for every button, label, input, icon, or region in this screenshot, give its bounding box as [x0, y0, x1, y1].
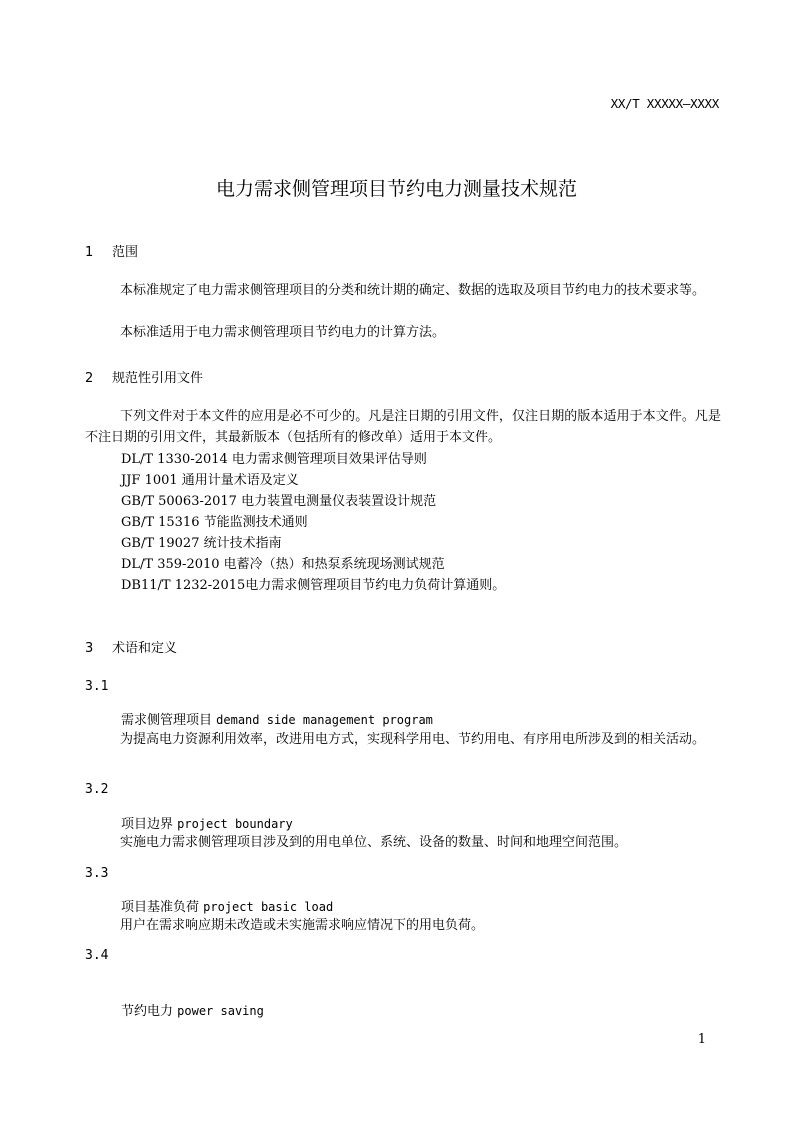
- section-number: 3: [85, 641, 112, 656]
- page-title: 电力需求侧管理项目节约电力测量技术规范: [0, 174, 793, 201]
- paragraph: 本标准适用于电力需求侧管理项目节约电力的计算方法。: [85, 322, 721, 343]
- term-heading: 需求侧管理项目 demand side management program: [121, 709, 433, 728]
- section-title: 术语和定义: [112, 641, 177, 656]
- term-en: project basic load: [203, 900, 333, 914]
- section-heading-terms: 3术语和定义: [85, 637, 177, 656]
- term-zh: 节约电力: [121, 1004, 173, 1019]
- section-heading-normative-references: 2规范性引用文件: [85, 367, 203, 386]
- term-en: demand side management program: [216, 713, 433, 727]
- reference-item: GB/T 15316 节能监测技术通则: [121, 511, 308, 530]
- document-code: XX/T XXXXX—XXXX: [611, 96, 719, 111]
- paragraph: 本标准规定了电力需求侧管理项目的分类和统计期的确定、数据的选取及项目节约电力的技…: [85, 280, 721, 301]
- term-en: power saving: [177, 1004, 264, 1018]
- term-heading: 项目边界 project boundary: [121, 813, 293, 832]
- term-en: project boundary: [177, 817, 293, 831]
- page-number: 1: [698, 1032, 706, 1047]
- term-number: 3.2: [85, 782, 108, 797]
- term-number: 3.4: [85, 948, 108, 963]
- section-title: 范围: [112, 245, 138, 260]
- term-definition: 实施电力需求侧管理项目涉及到的用电单位、系统、设备的数量、时间和地理空间范围。: [85, 832, 721, 853]
- reference-item: GB/T 50063-2017 电力装置电测量仪表装置设计规范: [121, 490, 436, 509]
- term-heading: 项目基准负荷 project basic load: [121, 896, 333, 915]
- section-number: 2: [85, 371, 112, 386]
- section-number: 1: [85, 245, 112, 260]
- reference-item: DL/T 1330-2014 电力需求侧管理项目效果评估导则: [121, 448, 427, 467]
- term-zh: 需求侧管理项目: [121, 713, 212, 728]
- term-number: 3.1: [85, 679, 108, 694]
- section-heading-scope: 1范围: [85, 241, 138, 260]
- term-heading: 节约电力 power saving: [121, 1000, 264, 1019]
- term-number: 3.3: [85, 866, 108, 881]
- reference-item: JJF 1001 通用计量术语及定义: [121, 469, 299, 488]
- term-definition: 用户在需求响应期未改造或未实施需求响应情况下的用电负荷。: [85, 915, 721, 936]
- reference-item: DB11/T 1232-2015电力需求侧管理项目节约电力负荷计算通则。: [121, 574, 505, 593]
- reference-item: DL/T 359-2010 电蓄冷（热）和热泵系统现场测试规范: [121, 553, 445, 572]
- section-title: 规范性引用文件: [112, 371, 203, 386]
- reference-item: GB/T 19027 统计技术指南: [121, 532, 282, 551]
- paragraph: 下列文件对于本文件的应用是必不可少的。凡是注日期的引用文件，仅注日期的版本适用于…: [85, 406, 721, 448]
- term-zh: 项目边界: [121, 817, 173, 832]
- term-definition: 为提高电力资源利用效率，改进用电方式，实现科学用电、节约用电、有序用电所涉及到的…: [85, 729, 721, 750]
- term-zh: 项目基准负荷: [121, 900, 199, 915]
